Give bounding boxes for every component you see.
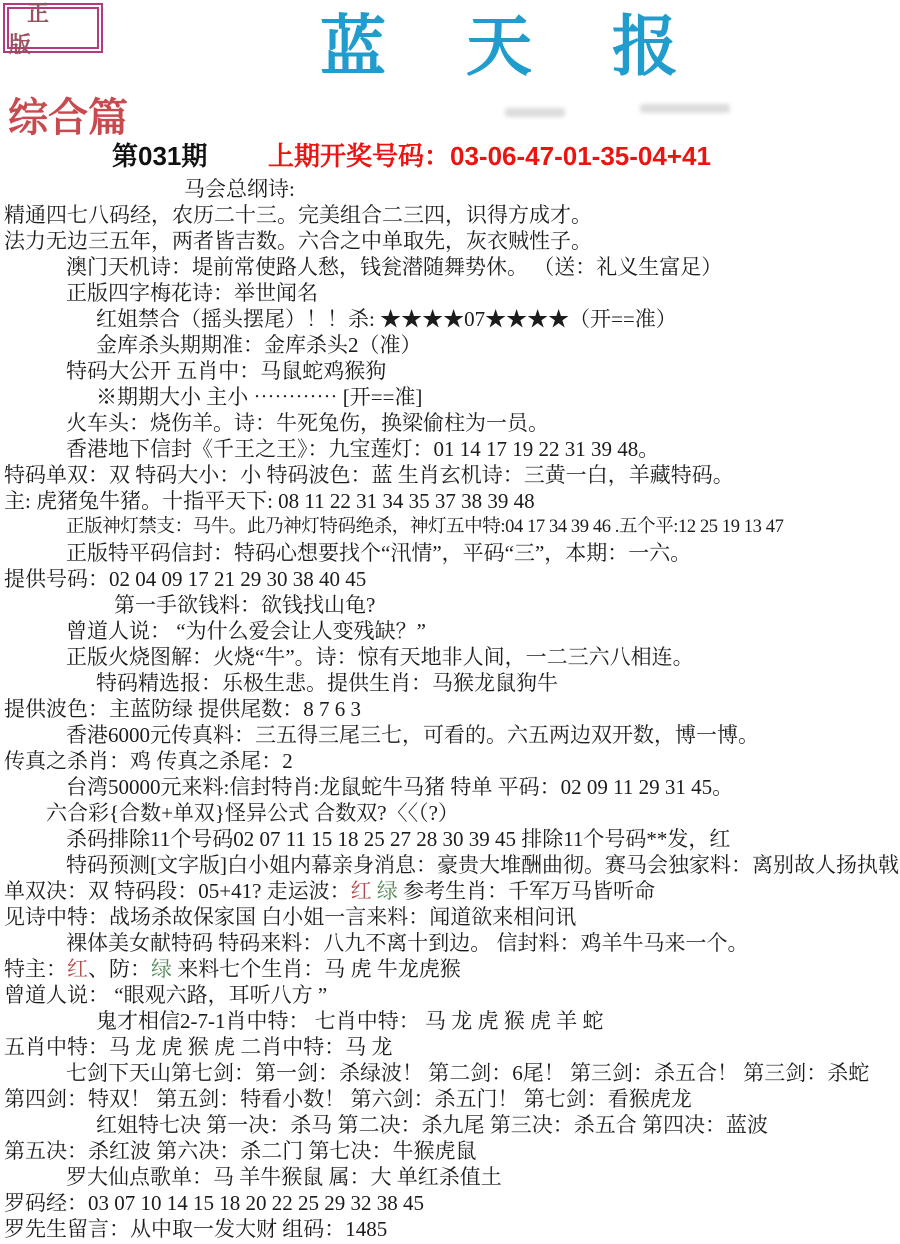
text-line: 法力无边三五年，两者皆吉数。六合之中单取先，灰衣贼性子。	[0, 228, 900, 254]
issue-number: 第031期	[112, 136, 207, 173]
text-line: 第四剑：特双！ 第五剑：特看小数！ 第六剑：杀五门！ 第七剑：看猴虎龙	[0, 1086, 900, 1112]
scan-artifact	[505, 108, 565, 117]
text-segment: 特码精选报：乐极生悲。提供生肖：马猴龙鼠狗牛	[96, 671, 558, 695]
text-segment: 正版火烧图解：火烧“牛”。诗：惊有天地非人间，一二三六八相连。	[66, 645, 694, 669]
text-segment: 五肖中特：马 龙 虎 猴 虎 二肖中特：马 龙	[4, 1035, 393, 1059]
text-segment: 马会总纲诗:	[184, 177, 295, 201]
text-segment: 六合彩{合数+单双}怪异公式 合数双?〈〈（?）	[46, 801, 459, 825]
section-title: 综合篇	[8, 86, 128, 143]
text-segment: 红姐禁合（摇头摆尾）！！杀: ★★★★07★★★★（开==准）	[96, 307, 677, 331]
newspaper-page: 正 版 蓝天报 综合篇 第031期 上期开奖号码：03-06-47-01-35-…	[0, 0, 900, 1244]
text-line: 杀码排除11个号码02 07 11 15 18 25 27 28 30 39 4…	[0, 826, 900, 852]
colored-text: 红	[67, 957, 88, 981]
text-segment: 澳门天机诗：堤前常使路人愁，钱瓮潜随舞势休。 （送：礼义生富足）	[66, 255, 722, 279]
text-line: 第一手欲钱料：欲钱找山龟?	[0, 592, 900, 618]
text-segment: 曾道人说： “眼观六路，耳听八方 ”	[4, 983, 327, 1007]
text-line: 提供号码：02 04 09 17 21 29 30 38 40 45	[0, 566, 900, 592]
text-line: 火车头：烧伤羊。诗：牛死兔伤，换梁偷柱为一员。	[0, 410, 900, 436]
text-segment: 七剑下天山第七剑：第一剑：杀绿波！ 第二剑：6尾！ 第三剑：杀五合！ 第三剑：杀…	[66, 1061, 869, 1085]
text-segment: 正版四字梅花诗：举世闻名	[66, 281, 318, 305]
text-segment: 参考生肖：千军万马皆听命	[398, 879, 655, 903]
text-line: 香港6000元传真料：三五得三尾三七，可看的。六五两边双开数，博一博。	[0, 722, 900, 748]
authentic-stamp-label: 正 版	[7, 7, 99, 49]
colored-text: 绿	[151, 957, 172, 981]
text-segment: 提供号码：02 04 09 17 21 29 30 38 40 45	[4, 567, 366, 591]
text-line: 红姐特七决 第一决：杀马 第二决：杀九尾 第三决：杀五合 第四决：蓝波	[0, 1112, 900, 1138]
text-line: 特码预测[文字版]白小姐内幕亲身消息：豪贵大堆酬曲彻。赛马会独家料：离别故人扬执…	[0, 852, 900, 878]
text-segment: 来料七个生肖：马 虎 牛龙虎猴	[172, 957, 461, 981]
colored-text: 红	[351, 879, 372, 903]
text-line: 罗先生留言：从中取一发大财 组码：1485	[0, 1216, 900, 1242]
text-line: 七剑下天山第七剑：第一剑：杀绿波！ 第二剑：6尾！ 第三剑：杀五合！ 第三剑：杀…	[0, 1060, 900, 1086]
text-line: 裸体美女献特码 特码来料：八九不离十到边。 信封料：鸡羊牛马来一个。	[0, 930, 900, 956]
text-segment: 火车头：烧伤羊。诗：牛死兔伤，换梁偷柱为一员。	[66, 411, 549, 435]
text-segment: 特主：	[4, 957, 67, 981]
text-segment: 传真之杀肖：鸡 传真之杀尾：2	[4, 749, 293, 773]
text-line: 香港地下信封《千王之王》：九宝莲灯：01 14 17 19 22 31 39 4…	[0, 436, 900, 462]
text-segment: 鬼才相信2-7-1肖中特： 七肖中特： 马 龙 虎 猴 虎 羊 蛇	[96, 1009, 604, 1033]
text-segment: 第五决：杀红波 第六决：杀二门 第七决：牛猴虎鼠	[4, 1139, 477, 1163]
text-segment: ※期期大小 主小 ⋯⋯⋯⋯ [开==准]	[96, 385, 422, 409]
text-segment: 红姐特七决 第一决：杀马 第二决：杀九尾 第三决：杀五合 第四决：蓝波	[96, 1113, 768, 1137]
text-line: 传真之杀肖：鸡 传真之杀尾：2	[0, 748, 900, 774]
text-segment: 法力无边三五年，两者皆吉数。六合之中单取先，灰衣贼性子。	[4, 229, 592, 253]
text-segment: 特码预测[文字版]白小姐内幕亲身消息：豪贵大堆酬曲彻。赛马会独家料：离别故人扬执…	[66, 853, 899, 877]
text-line: 见诗中特：战场杀故保家国 白小姐一言来料：闻道欲来相问讯	[0, 904, 900, 930]
text-segment: 特码大公开 五肖中：马鼠蛇鸡猴狗	[66, 359, 386, 383]
text-segment: 主: 虎猪兔牛猪。十指平天下: 08 11 22 31 34 35 37 38 …	[4, 489, 535, 513]
scan-artifact	[640, 104, 730, 113]
text-segment: 罗先生留言：从中取一发大财 组码：1485	[4, 1217, 387, 1241]
text-segment: 正版神灯禁支：马牛。此乃神灯特码绝杀，神灯五中特:04 17 34 39 46 …	[66, 517, 783, 537]
text-segment: 见诗中特：战场杀故保家国 白小姐一言来料：闻道欲来相问讯	[4, 905, 576, 929]
colored-text: 绿	[377, 879, 398, 903]
text-segment: 曾道人说： “为什么爱会让人变残缺？”	[66, 619, 426, 643]
text-line: ※期期大小 主小 ⋯⋯⋯⋯ [开==准]	[0, 384, 900, 410]
text-segment: 、防：	[88, 957, 151, 981]
text-line: 六合彩{合数+单双}怪异公式 合数双?〈〈（?）	[0, 800, 900, 826]
text-line: 正版神灯禁支：马牛。此乃神灯特码绝杀，神灯五中特:04 17 34 39 46 …	[0, 514, 900, 540]
text-line: 马会总纲诗:	[0, 176, 900, 202]
text-line: 红姐禁合（摇头摆尾）！！杀: ★★★★07★★★★（开==准）	[0, 306, 900, 332]
text-segment: 香港6000元传真料：三五得三尾三七，可看的。六五两边双开数，博一博。	[66, 723, 759, 747]
text-line: 罗码经：03 07 10 14 15 18 20 22 25 29 32 38 …	[0, 1190, 900, 1216]
last-draw-numbers: 上期开奖号码：03-06-47-01-35-04+41	[268, 136, 711, 173]
text-line: 单双决：双 特码段：05+41? 走运波：红 绿 参考生肖：千军万马皆听命	[0, 878, 900, 904]
text-segment: 第一手欲钱料：欲钱找山龟?	[114, 593, 375, 617]
text-segment: 罗码经：03 07 10 14 15 18 20 22 25 29 32 38 …	[4, 1191, 424, 1215]
text-line: 特码大公开 五肖中：马鼠蛇鸡猴狗	[0, 358, 900, 384]
text-segment: 单双决：双 特码段：05+41? 走运波：	[4, 879, 351, 903]
text-segment: 精通四七八码经，农历二十三。完美组合二三四，识得方成才。	[4, 203, 592, 227]
text-segment: 罗大仙点歌单：马 羊牛猴鼠 属：大 单红杀值土	[66, 1165, 502, 1189]
text-segment: 杀码排除11个号码02 07 11 15 18 25 27 28 30 39 4…	[66, 827, 730, 851]
body-lines: 马会总纲诗:精通四七八码经，农历二十三。完美组合二三四，识得方成才。法力无边三五…	[0, 176, 900, 1242]
text-segment: 裸体美女献特码 特码来料：八九不离十到边。 信封料：鸡羊牛马来一个。	[66, 931, 749, 955]
authentic-stamp-box: 正 版	[3, 3, 103, 53]
text-line: 主: 虎猪兔牛猪。十指平天下: 08 11 22 31 34 35 37 38 …	[0, 488, 900, 514]
text-line: 正版火烧图解：火烧“牛”。诗：惊有天地非人间，一二三六八相连。	[0, 644, 900, 670]
text-line: 台湾50000元来料:信封特肖:龙鼠蛇牛马猪 特单 平码：02 09 11 29…	[0, 774, 900, 800]
text-line: 第五决：杀红波 第六决：杀二门 第七决：牛猴虎鼠	[0, 1138, 900, 1164]
text-line: 曾道人说： “眼观六路，耳听八方 ”	[0, 982, 900, 1008]
text-segment: 提供波色：主蓝防绿 提供尾数：8 7 6 3	[4, 697, 361, 721]
text-line: 精通四七八码经，农历二十三。完美组合二三四，识得方成才。	[0, 202, 900, 228]
text-segment: 特码单双：双 特码大小：小 特码波色：蓝 生肖玄机诗：三黄一白，羊藏特码。	[4, 463, 734, 487]
text-line: 提供波色：主蓝防绿 提供尾数：8 7 6 3	[0, 696, 900, 722]
text-line: 正版四字梅花诗：举世闻名	[0, 280, 900, 306]
text-line: 正版特平码信封：特码心想要找个“汛情”，平码“三”，本期：一六。	[0, 540, 900, 566]
text-line: 澳门天机诗：堤前常使路人愁，钱瓮潜随舞势休。 （送：礼义生富足）	[0, 254, 900, 280]
text-line: 鬼才相信2-7-1肖中特： 七肖中特： 马 龙 虎 猴 虎 羊 蛇	[0, 1008, 900, 1034]
text-line: 曾道人说： “为什么爱会让人变残缺？”	[0, 618, 900, 644]
text-line: 金库杀头期期准：金库杀头2（准）	[0, 332, 900, 358]
text-line: 特主：红、防：绿 来料七个生肖：马 虎 牛龙虎猴	[0, 956, 900, 982]
text-segment: 香港地下信封《千王之王》：九宝莲灯：01 14 17 19 22 31 39 4…	[66, 437, 659, 461]
text-segment: 台湾50000元来料:信封特肖:龙鼠蛇牛马猪 特单 平码：02 09 11 29…	[66, 775, 733, 799]
text-line: 罗大仙点歌单：马 羊牛猴鼠 属：大 单红杀值土	[0, 1164, 900, 1190]
page-title: 蓝天报	[320, 12, 758, 85]
text-line: 特码精选报：乐极生悲。提供生肖：马猴龙鼠狗牛	[0, 670, 900, 696]
text-line: 五肖中特：马 龙 虎 猴 虎 二肖中特：马 龙	[0, 1034, 900, 1060]
text-line: 特码单双：双 特码大小：小 特码波色：蓝 生肖玄机诗：三黄一白，羊藏特码。	[0, 462, 900, 488]
text-segment: 金库杀头期期准：金库杀头2（准）	[96, 333, 422, 357]
text-segment: 正版特平码信封：特码心想要找个“汛情”，平码“三”，本期：一六。	[66, 541, 691, 565]
text-segment: 第四剑：特双！ 第五剑：特看小数！ 第六剑：杀五门！ 第七剑：看猴虎龙	[4, 1087, 692, 1111]
